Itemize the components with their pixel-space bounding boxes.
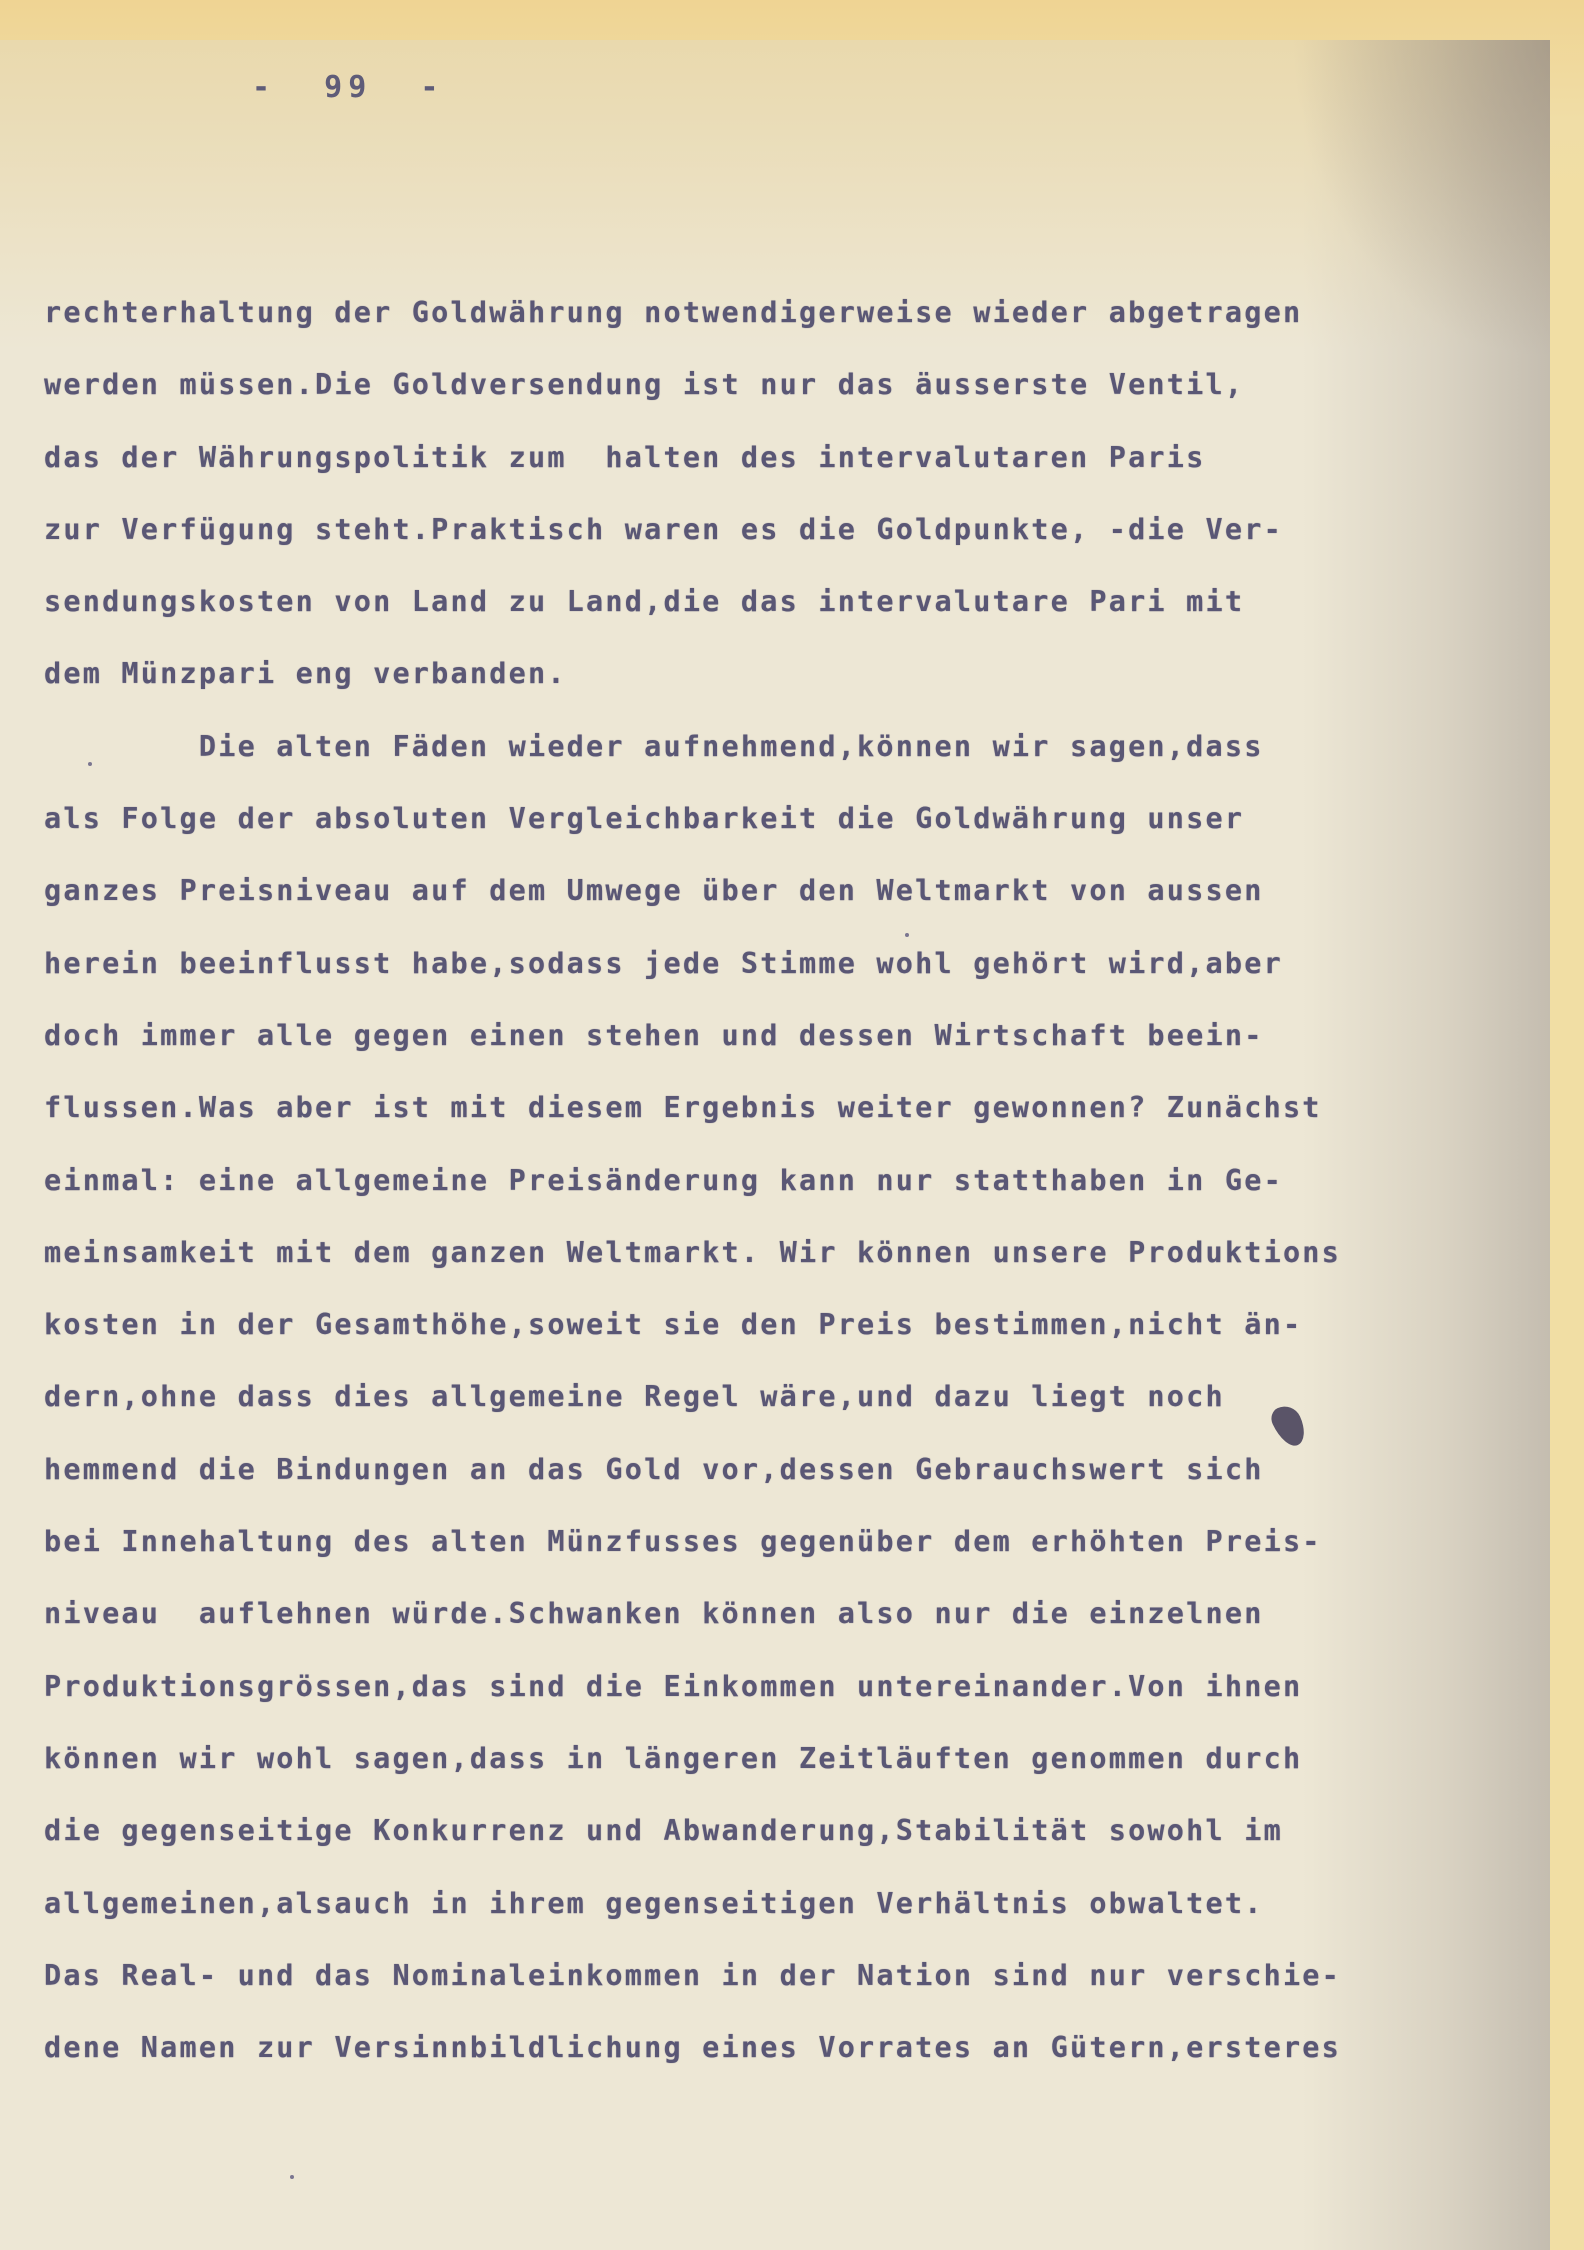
text-line: sendungskosten von Land zu Land,die das … — [44, 577, 1544, 649]
paper-speck — [905, 933, 909, 937]
body-text: rechterhaltung der Goldwährung notwendig… — [44, 288, 1544, 2095]
text-line: einmal: eine allgemeine Preisänderung ka… — [44, 1156, 1544, 1228]
page-number: - 99 - — [252, 70, 445, 105]
text-line: flussen.Was aber ist mit diesem Ergebnis… — [44, 1083, 1544, 1155]
paper-speck — [290, 2175, 294, 2179]
text-line: allgemeinen,alsauch in ihrem gegenseitig… — [44, 1879, 1544, 1951]
text-line: Das Real- und das Nominaleinkommen in de… — [44, 1951, 1544, 2023]
paper-speck — [88, 762, 92, 766]
text-line: werden müssen.Die Goldversendung ist nur… — [44, 360, 1544, 432]
text-line: dern,ohne dass dies allgemeine Regel wär… — [44, 1372, 1544, 1444]
text-line: ganzes Preisniveau auf dem Umwege über d… — [44, 866, 1544, 938]
text-line: das der Währungspolitik zum halten des i… — [44, 433, 1544, 505]
text-line: dem Münzpari eng verbanden. — [44, 649, 1544, 721]
text-line: meinsamkeit mit dem ganzen Weltmarkt. Wi… — [44, 1228, 1544, 1300]
text-line: hemmend die Bindungen an das Gold vor,de… — [44, 1445, 1544, 1517]
text-line: rechterhaltung der Goldwährung notwendig… — [44, 288, 1544, 360]
paragraph-start-line: Die alten Fäden wieder aufnehmend,können… — [44, 722, 1544, 794]
text-line: dene Namen zur Versinnbildlichung eines … — [44, 2023, 1544, 2095]
text-line: Produktionsgrössen,das sind die Einkomme… — [44, 1662, 1544, 1734]
text-line: als Folge der absoluten Vergleichbarkeit… — [44, 794, 1544, 866]
text-line: bei Innehaltung des alten Münzfusses geg… — [44, 1517, 1544, 1589]
text-line: die gegenseitige Konkurrenz und Abwander… — [44, 1806, 1544, 1878]
text-line: kosten in der Gesamthöhe,soweit sie den … — [44, 1300, 1544, 1372]
text-line: niveau auflehnen würde.Schwanken können … — [44, 1589, 1544, 1661]
text-line: zur Verfügung steht.Praktisch waren es d… — [44, 505, 1544, 577]
text-line: können wir wohl sagen,dass in längeren Z… — [44, 1734, 1544, 1806]
text-line: herein beeinflusst habe,sodass jede Stim… — [44, 939, 1544, 1011]
text-line: doch immer alle gegen einen stehen und d… — [44, 1011, 1544, 1083]
